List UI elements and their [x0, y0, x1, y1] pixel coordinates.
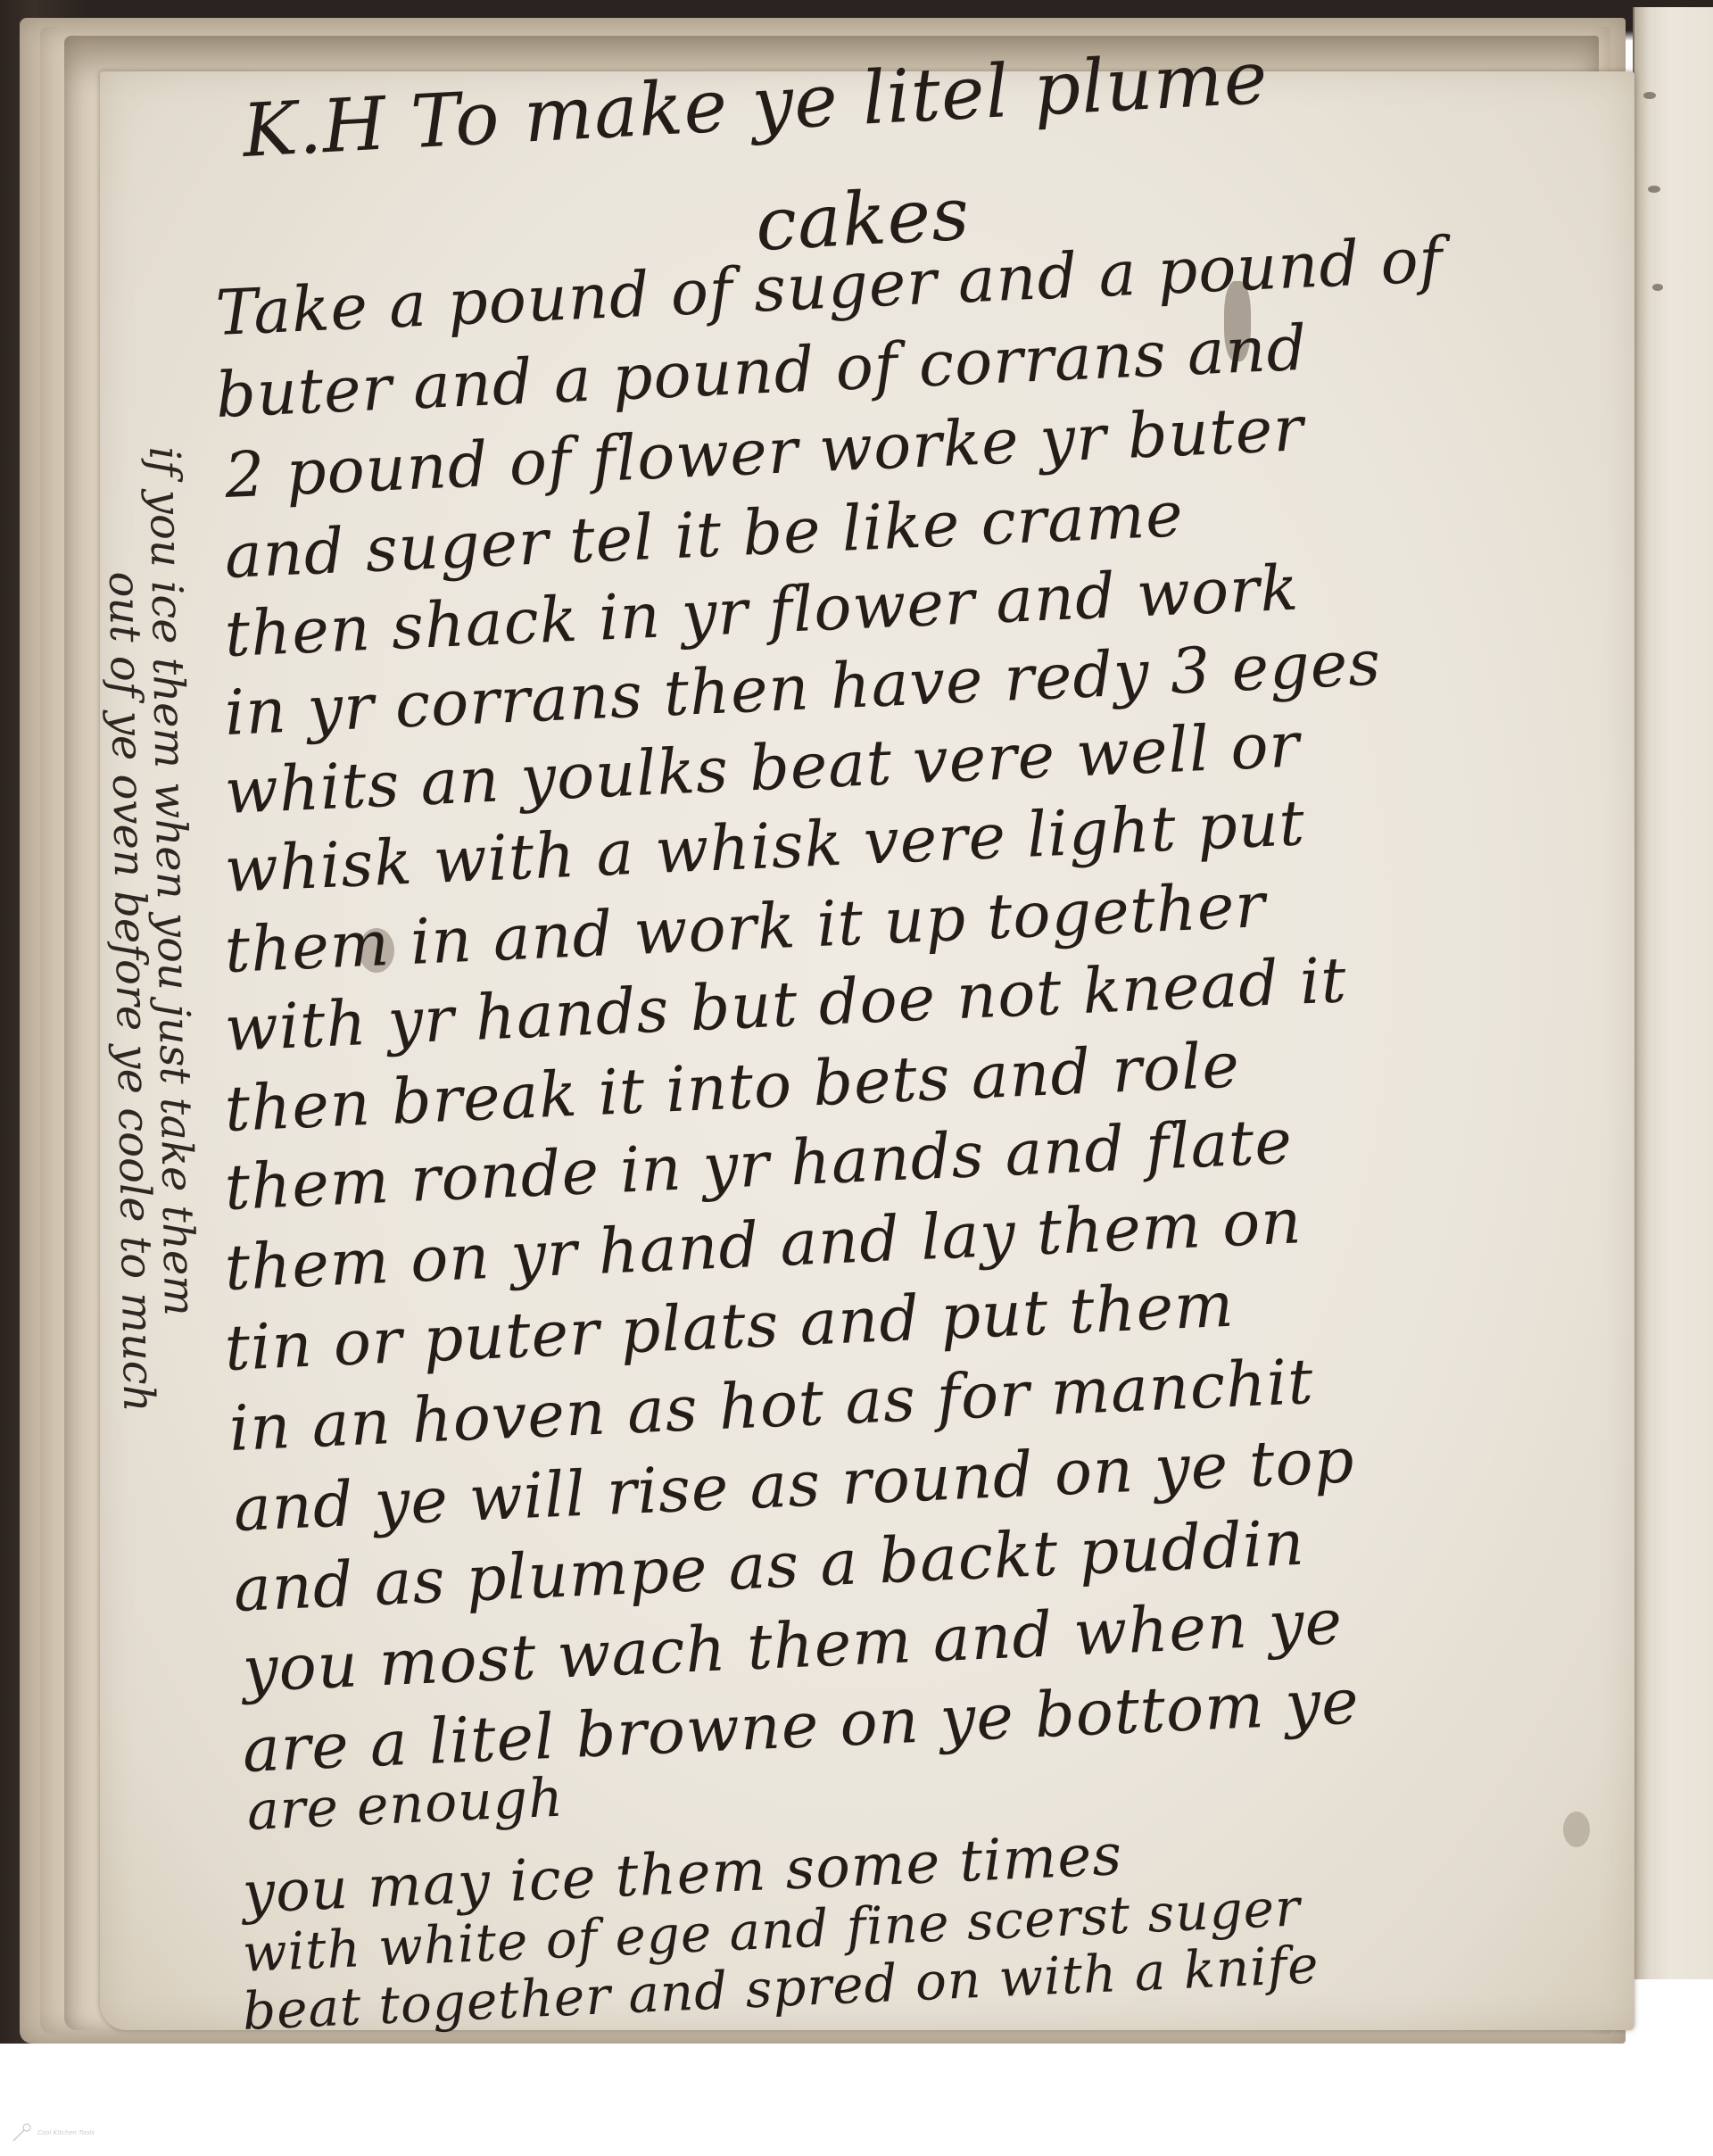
whisk-icon	[11, 2122, 32, 2144]
ink-spot	[1643, 92, 1656, 99]
ink-spot	[1648, 186, 1660, 193]
body-line-20: are enough	[245, 1767, 565, 1843]
facing-page-edge	[1633, 7, 1713, 1979]
manuscript-photo: ... ... ... K.H To make ye litel plume c…	[0, 0, 1713, 2156]
ink-spot	[1652, 284, 1663, 291]
ink-stain	[1563, 1812, 1590, 1847]
manuscript-page: K.H To make ye litel plume cakes Take a …	[100, 71, 1634, 2030]
watermark: Cool Kitchen Tools	[11, 2122, 95, 2144]
watermark-text: Cool Kitchen Tools	[37, 2129, 95, 2136]
